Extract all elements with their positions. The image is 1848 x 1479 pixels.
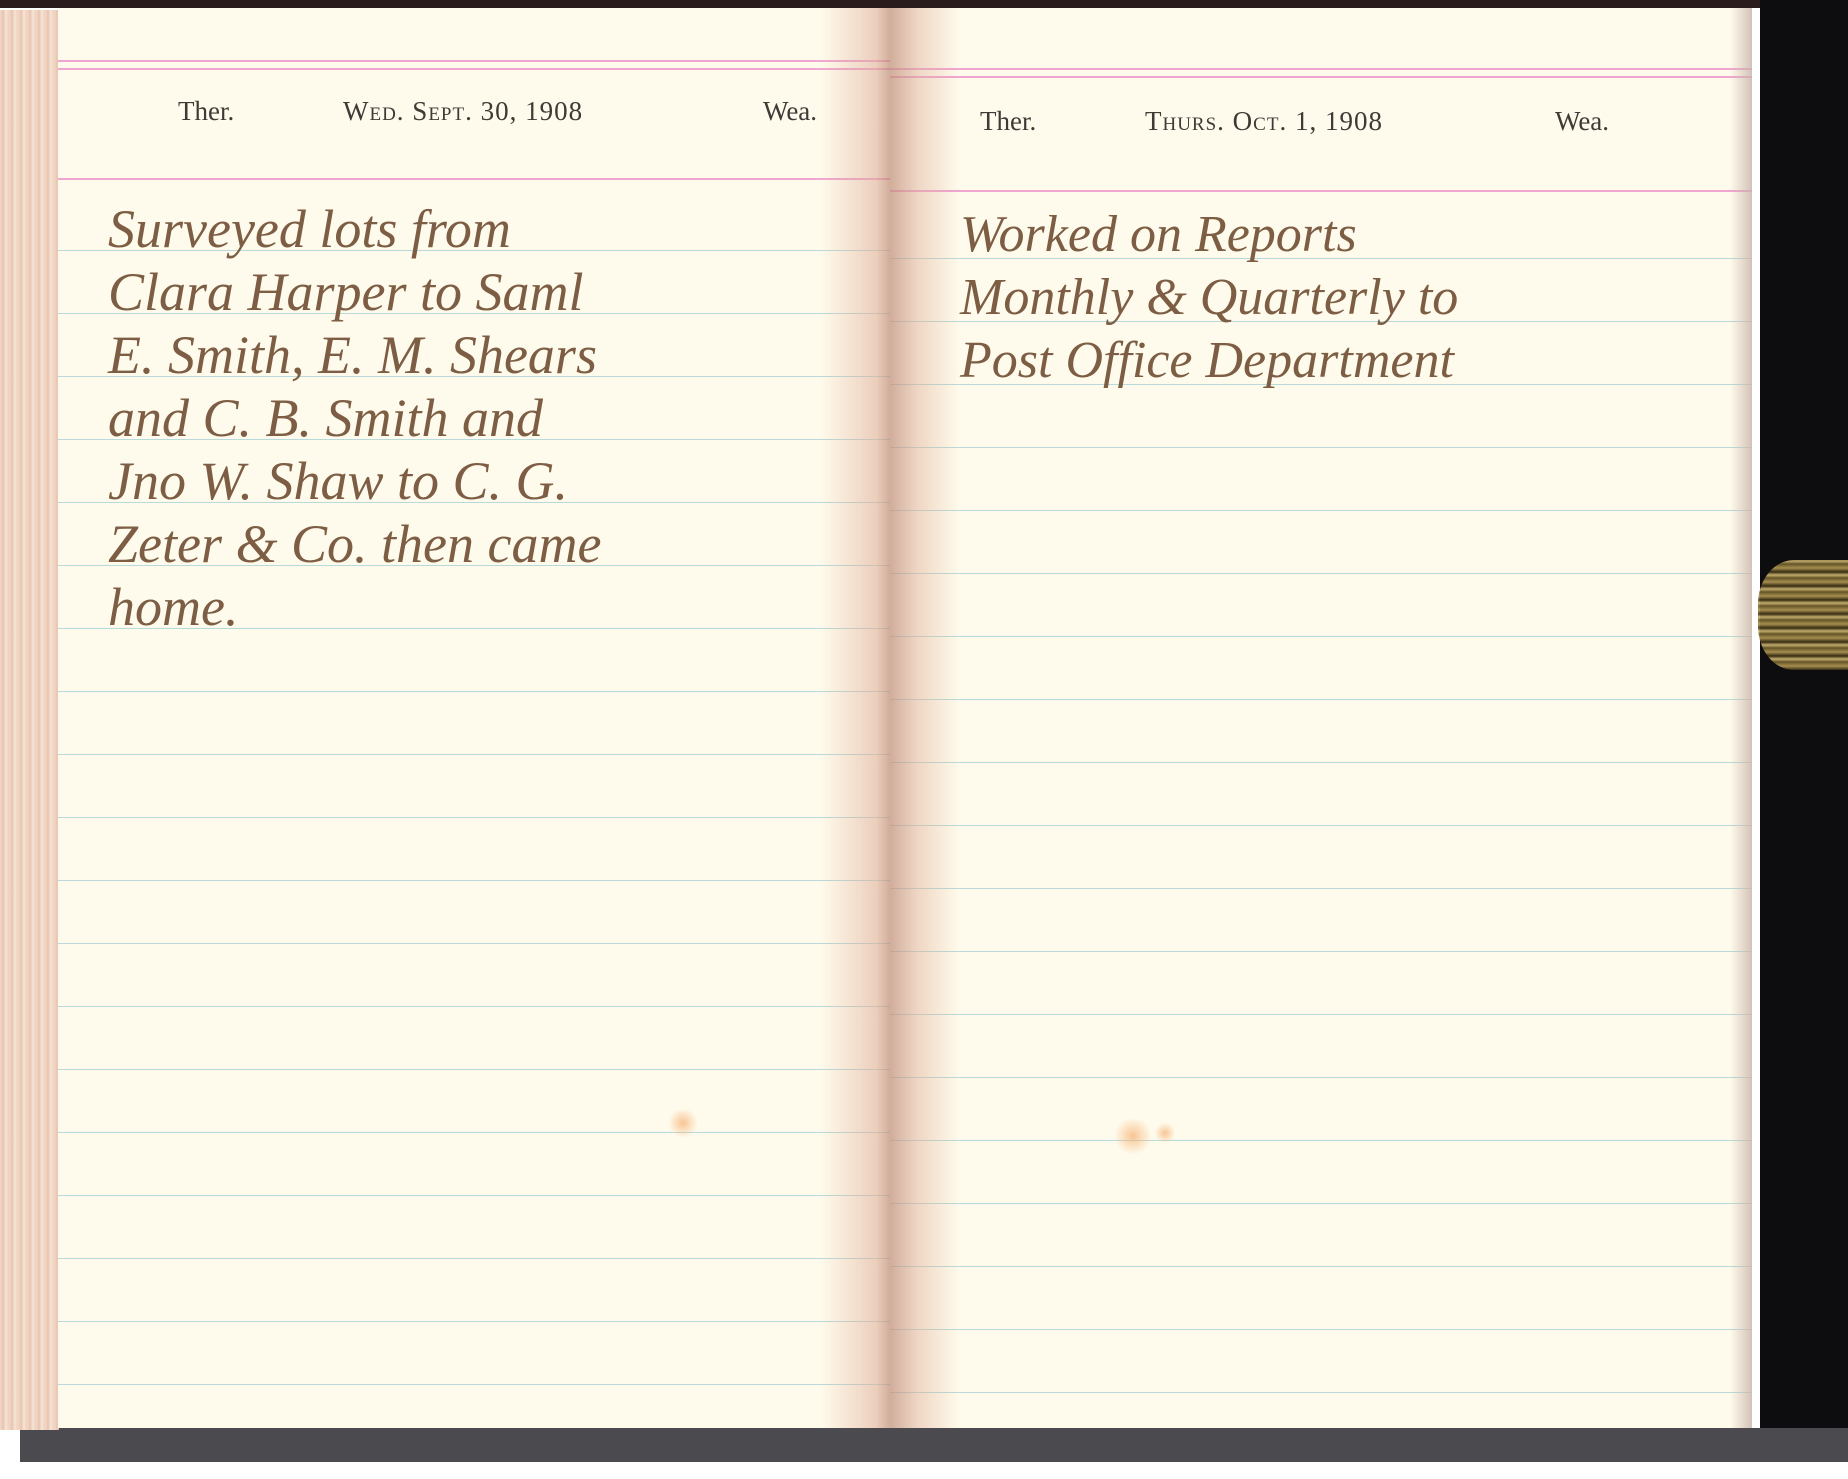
header-rule-bottom: [890, 190, 1752, 192]
book-cover-right: [1760, 0, 1848, 1440]
page-date: Thurs. Oct. 1, 1908: [1145, 106, 1383, 137]
left-page: Ther. Wed. Sept. 30, 1908 Wea. Surveyed …: [58, 8, 890, 1428]
paper-stain: [1155, 1122, 1175, 1144]
paper-stain: [668, 1108, 698, 1138]
entry-line: home.: [108, 576, 601, 639]
brass-clasp: [1758, 560, 1848, 670]
gutter-shadow: [890, 8, 960, 1428]
entry-line: Jno W. Shaw to C. G.: [108, 450, 601, 513]
left-page-header: Ther. Wed. Sept. 30, 1908 Wea.: [58, 96, 890, 136]
entry-line: Monthly & Quarterly to: [960, 266, 1458, 329]
entry-line: E. Smith, E. M. Shears: [108, 324, 601, 387]
right-page-header: Ther. Thurs. Oct. 1, 1908 Wea.: [890, 106, 1752, 146]
right-page: Ther. Thurs. Oct. 1, 1908 Wea. Worked on…: [890, 8, 1752, 1428]
wea-label: Wea.: [763, 96, 817, 127]
entry-line: Zeter & Co. then came: [108, 513, 601, 576]
entry-line: Post Office Department: [960, 329, 1458, 392]
page-stack-edge: [0, 10, 59, 1430]
header-rule-bottom: [58, 178, 890, 180]
page-date: Wed. Sept. 30, 1908: [343, 96, 583, 127]
book-cover-bottom-edge: [20, 1428, 1848, 1462]
entry-line: Worked on Reports: [960, 203, 1458, 266]
handwritten-entry: Surveyed lots from Clara Harper to Saml …: [108, 198, 601, 639]
ther-label: Ther.: [178, 96, 234, 127]
header-rule-top-2: [58, 68, 890, 70]
header-rule-top-2: [890, 76, 1752, 78]
wea-label: Wea.: [1555, 106, 1609, 137]
paper-stain: [1115, 1116, 1151, 1156]
entry-line: Clara Harper to Saml: [108, 261, 601, 324]
entry-line: and C. B. Smith and: [108, 387, 601, 450]
gutter-shadow: [820, 8, 890, 1428]
page-edge-shadow: [1730, 8, 1752, 1428]
handwritten-entry: Worked on Reports Monthly & Quarterly to…: [960, 203, 1458, 392]
header-rule-top: [58, 60, 890, 62]
book-cover-top-edge: [0, 0, 1800, 8]
header-rule-top: [890, 68, 1752, 70]
ther-label: Ther.: [980, 106, 1036, 137]
entry-line: Surveyed lots from: [108, 198, 601, 261]
